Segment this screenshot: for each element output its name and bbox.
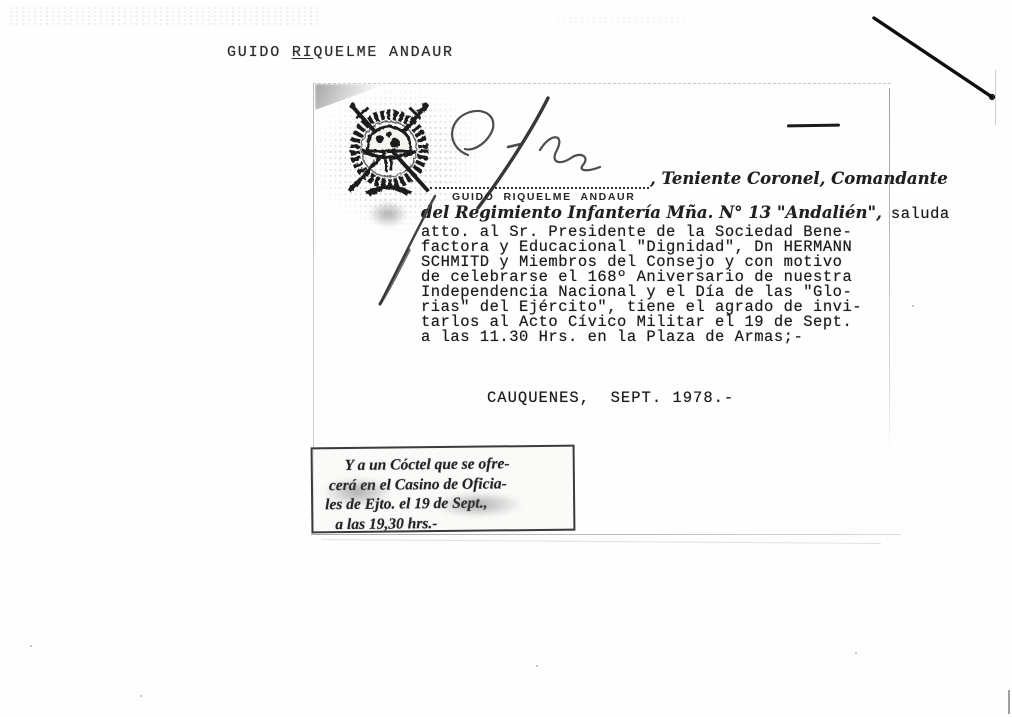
- body-line: a las 11.30 Hrs. en la Plaza de Armas;-: [421, 330, 891, 345]
- owner-name-suffix: QUELME ANDAUR: [313, 44, 453, 61]
- body-line1-typed: saluda: [891, 205, 950, 223]
- body-line1-script: del Regimiento Infantería Mña. N° 13 "An…: [421, 203, 882, 222]
- scan-speck: [140, 695, 142, 697]
- scan-speck: [536, 665, 538, 667]
- stamp-line: a las 19,30 hrs.-: [325, 512, 565, 534]
- stamp-box: Y a un Cóctel que se ofre- cerá en el Ca…: [311, 445, 576, 534]
- owner-name-prefix: GUIDO: [227, 44, 292, 61]
- scan-speck: [855, 652, 857, 654]
- typed-owner-name: GUIDO RIQUELME ANDAUR: [227, 44, 454, 61]
- invitation-card: , Teniente Coronel, Comandante GUIDO RIQ…: [313, 83, 891, 535]
- scan-noise-band: [555, 16, 685, 25]
- dotted-signature-line: [430, 171, 649, 189]
- card-shadow-line: [321, 539, 881, 544]
- stamp-line: Y a un Cóctel que se ofre-: [325, 454, 565, 476]
- scan-speck: [30, 645, 32, 647]
- scan-speck: [912, 305, 914, 307]
- body-line: del Regimiento Infantería Mña. N° 13 "An…: [421, 203, 891, 223]
- dateline: CAUQUENES, SEPT. 1978.-: [487, 391, 734, 406]
- rank-title: , Teniente Coronel, Comandante: [650, 169, 948, 188]
- pen-dash-mark: [787, 124, 840, 128]
- body-text: del Regimiento Infantería Mña. N° 13 "An…: [421, 203, 891, 345]
- pen-stroke: [371, 190, 443, 310]
- owner-name-underlined: RI: [292, 44, 314, 61]
- scan-edge-line: [1008, 690, 1010, 714]
- scan-edge-line: [995, 70, 996, 125]
- scan-noise-band: [8, 6, 318, 26]
- scanned-document-page: GUIDO RIQUELME ANDAUR: [0, 0, 1012, 717]
- signatory-name: GUIDO RIQUELME ANDAUR: [452, 191, 635, 203]
- card-edge-bottom: [311, 534, 901, 535]
